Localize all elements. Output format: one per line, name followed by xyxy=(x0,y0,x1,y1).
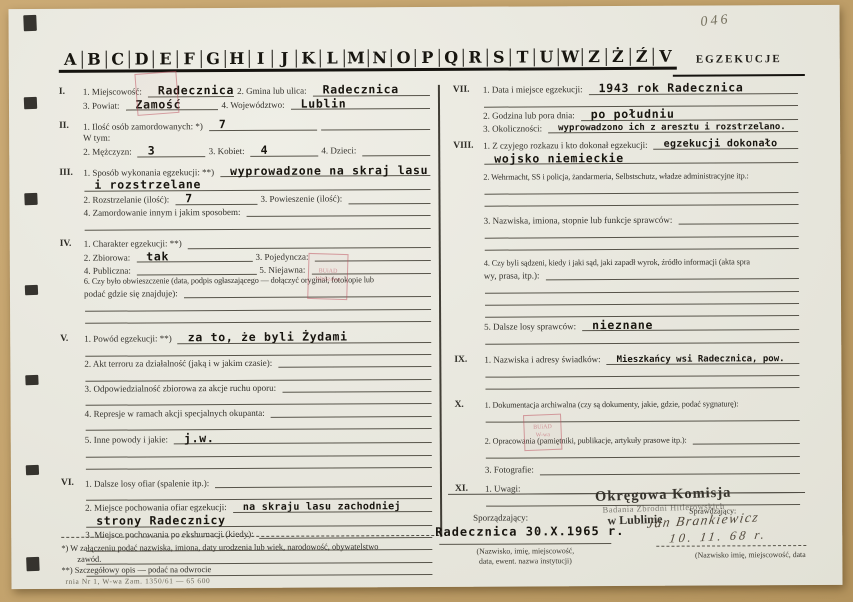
form-line xyxy=(454,293,802,306)
form-line: III.1. Sposób wykonania egzekucji: **)wy… xyxy=(59,163,433,177)
verifier-caption: (Nazwisko imię, miejscowość, data xyxy=(661,550,839,561)
form-line: VIII.1. Z czyjego rozkazu i kto dokonał … xyxy=(453,138,801,151)
field-label: 5. Niejawna: xyxy=(259,264,310,275)
scan-edge-mark xyxy=(26,557,40,572)
typed-value: wyprowadzono ich z aresztu i rozstrzelan… xyxy=(548,123,786,133)
blank-line xyxy=(484,182,798,195)
field-label: 4. Województwo: xyxy=(221,100,289,111)
scan-edge-mark xyxy=(25,375,38,386)
form-line: X.1. Dokumentacja archiwalna (czy są dok… xyxy=(455,398,803,410)
form-line: II.1. Ilość osób zamordowanych: *)7 xyxy=(59,117,433,131)
blank-line xyxy=(678,213,798,225)
form-line: 3. Miejsce pochowania po ekshumacji (kie… xyxy=(61,527,435,540)
field-value-line: wojsko niemieckie xyxy=(484,151,798,165)
field-value-line: Lublin xyxy=(291,97,430,110)
field-value-line: wyprowadzono ich z aresztu i rozstrzelan… xyxy=(548,121,798,133)
field-value-line: j.w. xyxy=(174,431,432,445)
form-line xyxy=(454,365,802,378)
alphabet-letter: Ż xyxy=(605,48,629,67)
roman-numeral: V. xyxy=(60,334,84,345)
form-title: EGZEKUCJE xyxy=(673,53,805,77)
field-value-line: wyprowadzone na skraj lasu xyxy=(220,163,430,177)
blank-line xyxy=(485,365,799,378)
form-line: 2. Rozstrzelanie (ilość):73. Powieszenie… xyxy=(59,191,433,205)
alphabet-letter: P xyxy=(415,49,439,68)
typed-value: i rozstrzelane xyxy=(84,180,201,192)
blank-line xyxy=(485,226,799,239)
field-label: 4. Zamordowanie innym i jakim sposobem: xyxy=(84,207,246,218)
blank-line xyxy=(485,293,799,306)
field-label: 2. Godzina lub pora dnia: xyxy=(483,111,580,122)
field-value-line: 4 xyxy=(251,144,319,157)
field-value-line: 7 xyxy=(209,118,318,131)
field-label: 1. Ilość osób zamordowanych: *) xyxy=(83,121,208,132)
footnotes: *) W załączeniu podać nazwiska, imiona, … xyxy=(61,542,445,577)
alphabet-letter: I xyxy=(248,50,272,69)
form-line: V.1. Powód egzekucji: **)za to, że byli … xyxy=(60,330,434,344)
blank-line xyxy=(137,264,257,276)
field-value-line: Mieszkańcy wsi Radecznica, pow. xyxy=(607,353,800,365)
form-line xyxy=(60,218,434,231)
form-line xyxy=(453,194,801,207)
blank-line xyxy=(260,527,433,539)
form-line: 3. Nazwiska, imiona, stopnie lub funkcje… xyxy=(454,213,802,226)
field-value-line: strony Radecznicy xyxy=(86,513,432,527)
blank-line xyxy=(278,356,431,368)
blank-line xyxy=(86,393,432,406)
form-line: 3. Powiat:Zamość4. Województwo:Lublin xyxy=(59,97,433,111)
form-line: wojsko niemieckie xyxy=(453,151,801,165)
blank-line xyxy=(321,119,430,131)
field-value-line: za to, że byli Żydami xyxy=(178,330,432,344)
form-line: 4. Represje w ramach akcji specjalnych o… xyxy=(61,406,435,419)
roman-numeral: X. xyxy=(455,400,485,411)
field-value-line: tak xyxy=(136,250,252,263)
scan-edge-mark xyxy=(24,97,37,110)
typed-value: 4 xyxy=(251,145,269,157)
blank-line xyxy=(85,344,431,357)
blank-line xyxy=(188,237,431,249)
field-label: 1. Powód egzekucji: **) xyxy=(84,333,177,344)
blank-line xyxy=(485,377,799,390)
roman-numeral: IV. xyxy=(60,239,84,250)
roman-numeral: VIII. xyxy=(453,140,483,151)
form-line xyxy=(61,393,435,406)
form-line xyxy=(454,281,802,294)
left-column: I.1. Miejscowość:Radecznica2. Gmina lub … xyxy=(59,83,436,578)
typed-value: Mieszkańcy wsi Radecznica, pow. xyxy=(607,355,785,365)
alphabet-letter: R xyxy=(463,49,487,68)
alphabet-letter: Z xyxy=(582,48,606,67)
form-line xyxy=(61,488,435,501)
blank-line xyxy=(215,476,432,488)
archive-stamp: BUiADW-wa xyxy=(523,414,562,451)
form-line: 2. Opracowania (pamiętniki, publikacje, … xyxy=(455,433,803,446)
alphabet-letter: O xyxy=(391,49,415,68)
field-value-line: Radecznica xyxy=(313,83,430,96)
blank-line xyxy=(247,205,431,217)
field-label: 5. Dalsze losy sprawców: xyxy=(484,321,581,332)
form-line: IV.1. Charakter egzekucji: **) xyxy=(60,237,434,250)
form-line xyxy=(454,332,802,345)
handwritten-doc-number: 046 xyxy=(700,12,731,31)
field-label: 3. Pojedyncza: xyxy=(256,252,314,263)
scan-edge-mark xyxy=(24,193,37,206)
typed-value: po południu xyxy=(581,109,675,121)
form-line: 3. Okoliczności:wyprowadzono ich z aresz… xyxy=(453,121,801,134)
blank-line xyxy=(86,457,432,470)
blank-line xyxy=(484,95,798,108)
field-label: 3. Okoliczności: xyxy=(483,123,547,134)
verifier-date: 10. 11. 68 r. xyxy=(668,527,768,546)
roman-numeral: VI. xyxy=(61,478,85,489)
alphabet-letter: B xyxy=(82,51,106,70)
typed-value: 1943 rok Radecznica xyxy=(589,82,744,94)
blank-line xyxy=(693,433,800,445)
alphabet-letter: U xyxy=(534,48,558,67)
alphabet-index-bar: ABCDEFGHIJKLMNOPQRSTUWZŻŹV xyxy=(59,48,677,74)
field-value-line: 7 xyxy=(175,192,257,205)
typed-value: strony Radecznicy xyxy=(86,515,226,527)
field-label: 1. Nazwiska i adresy świadków: xyxy=(484,354,605,365)
field-label: 3. Miejsce pochowania po ekshumacji (kie… xyxy=(85,529,259,540)
field-label: 3. Powiat: xyxy=(83,101,125,112)
form-line xyxy=(61,444,435,457)
field-label: 2. Zbiorowa: xyxy=(84,253,136,264)
form-line: i rozstrzelane xyxy=(59,177,433,191)
typed-value: Radecznica xyxy=(313,84,399,96)
typed-value: na skraju lasu zachodniej xyxy=(233,502,401,513)
alphabet-letter: T xyxy=(510,48,534,67)
typed-value: nieznane xyxy=(582,320,653,332)
field-label: 5. Inne powody i jakie: xyxy=(85,434,173,445)
blank-line xyxy=(485,238,799,251)
form-line: 2. Akt terroru za działalność (jaką i w … xyxy=(60,356,434,369)
form-line: 2. Mężczyzn:33. Kobiet:44. Dzieci: xyxy=(59,143,433,157)
print-imprint: rnia Nr 1, W-wa Zam. 1350/61 — 65 600 xyxy=(65,576,210,586)
blank-line xyxy=(86,445,432,458)
blank-line xyxy=(85,311,431,324)
form-line: strony Radecznicy xyxy=(61,513,435,527)
field-label: 1. Dalsze losy ofiar (spalenie itp.): xyxy=(85,478,214,489)
blank-line xyxy=(362,144,430,155)
alphabet-letter: M xyxy=(343,49,367,68)
field-value-line: po południu xyxy=(581,107,798,121)
scan-edge-mark xyxy=(23,15,37,32)
typed-value: wyprowadzone na skraj lasu xyxy=(220,164,428,177)
alphabet-letter: Q xyxy=(439,49,463,68)
blank-line xyxy=(348,193,430,204)
field-value-line: egzekucji dokonało xyxy=(654,138,799,150)
roman-numeral: IX. xyxy=(454,355,484,366)
form-line: VII.1. Data i miejsce egzekucji:1943 rok… xyxy=(453,81,801,95)
blank-line xyxy=(271,406,432,418)
form-line: wy, prasa, itp.): xyxy=(454,268,802,281)
alphabet-letter: F xyxy=(177,50,201,69)
blank-line xyxy=(485,305,799,318)
form-line xyxy=(60,299,434,312)
field-value-line: i rozstrzelane xyxy=(84,177,430,191)
field-value-line: 1943 rok Radecznica xyxy=(589,81,798,95)
field-label: 3. Powieszenie (ilość): xyxy=(260,194,347,205)
form-line xyxy=(455,446,803,459)
form-line: 2. Zbiorowa:tak3. Pojedyncza: xyxy=(60,249,434,263)
scanned-form-paper: 046 ABCDEFGHIJKLMNOPQRSTUWZŻŹV EGZEKUCJE… xyxy=(8,5,842,589)
form-line xyxy=(60,311,434,324)
footnote-line: **) Szczegółowy opis — podać na odwrocie xyxy=(61,564,445,577)
form-line: 5. Inne powody i jakie:j.w. xyxy=(61,431,435,445)
form-line xyxy=(61,418,435,431)
form-line xyxy=(454,238,802,251)
form-line xyxy=(60,369,434,382)
typed-value: Lublin xyxy=(291,98,347,110)
alphabet-letter: H xyxy=(224,50,248,69)
field-label: W tym: xyxy=(83,133,115,144)
archive-stamp xyxy=(134,71,179,116)
roman-numeral: II. xyxy=(59,121,83,132)
form-line xyxy=(61,457,435,470)
roman-numeral: I. xyxy=(59,87,83,98)
form-line xyxy=(454,226,802,239)
field-value-line: nieznane xyxy=(582,318,799,332)
form-line xyxy=(454,305,802,318)
field-label: 4. Represje w ramach akcji specjalnych o… xyxy=(85,407,270,418)
column-divider xyxy=(438,85,442,537)
preparer-label: Sporządzający: xyxy=(473,512,528,522)
typed-value: 3 xyxy=(138,145,156,157)
form-line: 2. Wehrmacht, SS i policja, żandarmeria,… xyxy=(453,171,801,182)
form-line xyxy=(454,377,802,390)
field-label: 2. Gmina lub ulica: xyxy=(237,86,312,97)
blank-line xyxy=(484,194,798,207)
form-line: VI.1. Dalsze losy ofiar (spalenie itp.): xyxy=(61,476,435,489)
field-label: 1. Dokumentacja archiwalna (czy są dokum… xyxy=(485,400,744,411)
field-label: 2. Akt terroru za działalność (jaką i w … xyxy=(84,358,277,369)
blank-line xyxy=(85,218,431,231)
form-line: 4. Publiczna:5. Niejawna: xyxy=(60,263,434,276)
form-line: 3. Odpowiedzialność zbiorowa za akcje ru… xyxy=(60,381,434,394)
field-label: 4. Publiczna: xyxy=(84,265,136,276)
field-label: 2. Mężczyzn: xyxy=(83,147,137,158)
form-line: 3. Fotografie: xyxy=(455,463,803,476)
field-label: 4. Czy byli sądzeni, kiedy i jaki sąd, j… xyxy=(484,258,755,269)
signature-line xyxy=(656,545,806,547)
typed-value: za to, że byli Żydami xyxy=(178,331,348,343)
field-label: 3. Kobiet: xyxy=(209,146,250,157)
alphabet-letter: N xyxy=(367,49,391,68)
field-value-line: na skraju lasu zachodniej xyxy=(233,501,432,513)
form-line xyxy=(455,410,803,423)
field-label: 3. Odpowiedzialność zbiorowa za akcje ru… xyxy=(84,382,281,393)
alphabet-letter: D xyxy=(129,50,153,69)
form-line: podać gdzie się znajduje): xyxy=(60,286,434,299)
field-label: 2. Rozstrzelanie (ilość): xyxy=(83,195,174,206)
alphabet-letter: Ź xyxy=(629,48,653,67)
typed-value: egzekucji dokonało xyxy=(654,139,778,150)
typed-value: 7 xyxy=(175,194,193,206)
alphabet-letter: K xyxy=(296,50,320,69)
alphabet-letter: E xyxy=(153,50,177,69)
field-label: 1. Sposób wykonania egzekucji: **) xyxy=(83,167,219,178)
blank-line xyxy=(282,381,431,393)
alphabet-letter: A xyxy=(59,51,82,70)
field-label: podać gdzie się znajduje): xyxy=(84,288,183,299)
form-line: 4. Zamordowanie innym i jakim sposobem: xyxy=(60,205,434,218)
form-line xyxy=(453,182,801,195)
blank-line xyxy=(85,369,431,382)
form-line: 5. Dalsze losy sprawców:nieznane xyxy=(454,318,802,332)
blank-line xyxy=(86,488,432,501)
blank-line xyxy=(86,418,432,431)
alphabet-letter: L xyxy=(320,49,344,68)
form-line: 4. Czy byli sądzeni, kiedy i jaki sąd, j… xyxy=(454,257,802,268)
form-line: IX.1. Nazwiska i adresy świadków:Mieszka… xyxy=(454,353,802,366)
alphabet-letter: C xyxy=(105,51,129,70)
field-label: 1. Z czyjego rozkazu i kto dokonał egzek… xyxy=(483,140,653,151)
right-column: VII.1. Data i miejsce egzekucji:1943 rok… xyxy=(453,81,803,508)
field-label: 2. Miejsce pochowania ofiar egzekucji: xyxy=(85,502,232,513)
typed-value: j.w. xyxy=(174,433,215,445)
blank-line xyxy=(85,299,431,312)
scan-edge-mark xyxy=(26,465,39,476)
roman-numeral: III. xyxy=(59,167,83,178)
field-label: 4. Dzieci: xyxy=(321,146,361,157)
field-label: wy, prasa, itp.): xyxy=(484,270,545,281)
field-label: 3. Fotografie: xyxy=(485,465,539,476)
alphabet-letter: J xyxy=(272,50,296,69)
form-line: 6. Czy było obwieszczenie (data, podpis … xyxy=(60,275,434,287)
alphabet-letter: S xyxy=(486,49,510,68)
blank-line xyxy=(546,268,799,280)
typed-value: tak xyxy=(136,251,169,263)
form-line xyxy=(60,344,434,357)
screenshot-root: { "header": { "doc_number": "046", "titl… xyxy=(0,0,853,602)
field-label: 2. Wehrmacht, SS i policja, żandarmeria,… xyxy=(483,172,753,183)
roman-numeral: VII. xyxy=(453,85,483,96)
blank-line xyxy=(540,463,800,475)
preparer-caption: (Nazwisko, imię, miejscowość, data, ewen… xyxy=(439,543,611,567)
scan-edge-mark xyxy=(25,285,38,296)
blank-line xyxy=(485,332,799,345)
form-line: I.1. Miejscowość:Radecznica2. Gmina lub … xyxy=(59,83,433,97)
field-label: 3. Nazwiska, imiona, stopnie lub funkcje… xyxy=(484,215,678,226)
blank-line xyxy=(485,281,799,294)
form-line: 2. Miejsce pochowania ofiar egzekucji:na… xyxy=(61,501,435,514)
field-value-line: 3 xyxy=(138,144,206,157)
typed-value: 7 xyxy=(209,119,227,131)
field-label: 1. Data i miejsce egzekucji: xyxy=(483,84,588,95)
field-label: 1. Charakter egzekucji: **) xyxy=(84,238,187,249)
form-line xyxy=(453,95,801,108)
typed-value: wojsko niemieckie xyxy=(484,153,624,165)
form-line: 2. Godzina lub pora dnia:po południu xyxy=(453,107,801,121)
alphabet-letter: G xyxy=(201,50,225,69)
alphabet-letter: W xyxy=(558,48,582,67)
form-line: W tym: xyxy=(59,131,433,143)
archive-stamp: BUiADWarszawa xyxy=(307,253,348,300)
field-label: 2. Opracowania (pamiętniki, publikacje, … xyxy=(485,435,692,446)
